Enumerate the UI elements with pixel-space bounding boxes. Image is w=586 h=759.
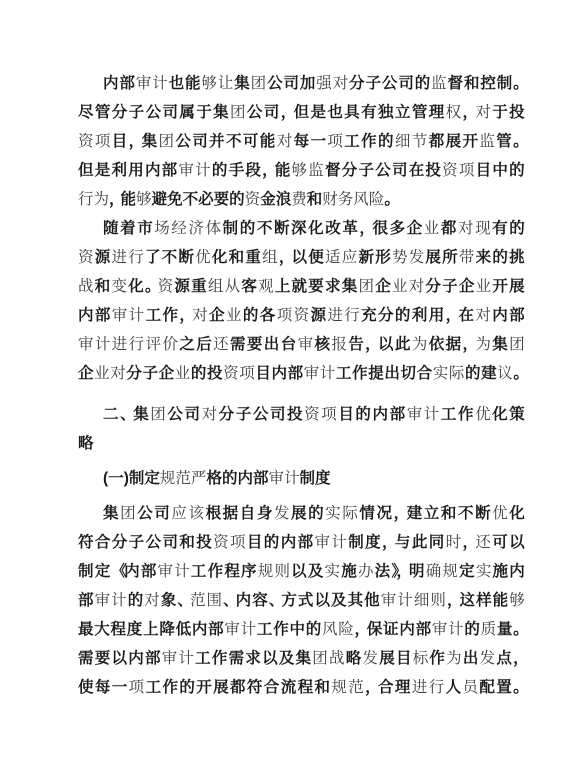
paragraph-audit-system: 集团公司应该根据自身发展的实际情况，建立和不断优化符合分子公司和投资项目的内部审… bbox=[78, 499, 525, 702]
document-page: 内部审计也能够让集团公司加强对分子公司的监督和控制。尽管分子公司属于集团公司，但… bbox=[0, 0, 586, 759]
text-line: 资源进行了不断优化和重组，以便适应新形势发展所带来的挑 bbox=[78, 243, 525, 272]
text-line: 尽管分子公司属于集团公司，但是也具有独立管理权，对于投 bbox=[78, 98, 525, 127]
document-content: 内部审计也能够让集团公司加强对分子公司的监督和控制。尽管分子公司属于集团公司，但… bbox=[0, 0, 586, 702]
text-line: 战和变化。资源重组从客观上就要求集团企业对分子企业开展 bbox=[78, 272, 525, 301]
text-line: 内部审计工作，对企业的各项资源进行充分的利用，在对内部 bbox=[78, 301, 525, 330]
text-line: 使每一项工作的开展都符合流程和规范，合理进行人员配置。 bbox=[78, 673, 525, 702]
text-line: 符合分子公司和投资项目的内部审计制度，与此同时，还可以 bbox=[78, 528, 525, 557]
text-line: 需要以内部审计工作需求以及集团战略发展目标作为出发点， bbox=[78, 644, 525, 673]
text-line: 最大程度上降低内部审计工作中的风险，保证内部审计的质量。 bbox=[78, 615, 525, 644]
text-line: 略 bbox=[78, 429, 525, 458]
subsection-heading-1: (一)制定规范严格的内部审计制度 bbox=[78, 464, 525, 493]
text-line: 随着市场经济体制的不断深化改革，很多企业都对现有的 bbox=[78, 214, 525, 243]
text-line: (一)制定规范严格的内部审计制度 bbox=[78, 464, 525, 493]
text-line: 审计进行评价之后还需要出台审核报告，以此为依据，为集团 bbox=[78, 330, 525, 359]
text-line: 部审计的对象、范围、内容、方式以及其他审计细则，这样能够 bbox=[78, 586, 525, 615]
paragraph-resource-restructuring: 随着市场经济体制的不断深化改革，很多企业都对现有的资源进行了不断优化和重组，以便… bbox=[78, 214, 525, 388]
text-line: 内部审计也能够让集团公司加强对分子公司的监督和控制。 bbox=[78, 69, 525, 98]
text-line: 企业对分子企业的投资项目内部审计工作提出切合实际的建议。 bbox=[78, 359, 525, 388]
text-line: 但是利用内部审计的手段，能够监督分子公司在投资项目中的 bbox=[78, 156, 525, 185]
section-heading-2: 二、集团公司对分子公司投资项目的内部审计工作优化策略 bbox=[78, 400, 525, 458]
text-line: 资项目，集团公司并不可能对每一项工作的细节都展开监管。 bbox=[78, 127, 525, 156]
text-line: 制定《内部审计工作程序规则以及实施办法》，明确规定实施内 bbox=[78, 557, 525, 586]
text-line: 二、集团公司对分子公司投资项目的内部审计工作优化策 bbox=[78, 400, 525, 429]
text-line: 行为，能够避免不必要的资金浪费和财务风险。 bbox=[78, 185, 525, 214]
paragraph-internal-audit-supervision: 内部审计也能够让集团公司加强对分子公司的监督和控制。尽管分子公司属于集团公司，但… bbox=[78, 69, 525, 214]
text-line: 集团公司应该根据自身发展的实际情况，建立和不断优化 bbox=[78, 499, 525, 528]
